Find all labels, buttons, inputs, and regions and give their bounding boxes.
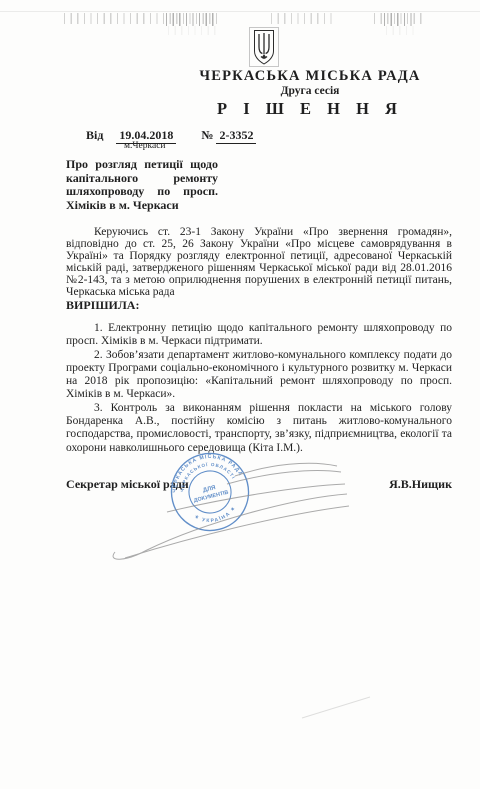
doc-type-title: Р І Ш Е Н Н Я (70, 99, 480, 119)
scanned-document-page: ЧЕРКАСЬКА МІСЬКА РАДА Друга сесія Р І Ш … (0, 0, 480, 789)
resolution-items: 1. Електронну петицію щодо капітального … (66, 322, 452, 455)
resolution-item-2: 2. Зобов’язати департамент житлово-комун… (66, 349, 452, 402)
session-title: Друга сесія (70, 85, 480, 97)
org-name: ЧЕРКАСЬКА МІСЬКА РАДА (70, 68, 480, 85)
subject-heading: Про розгляд петиції щодо капітального ре… (66, 158, 218, 212)
scan-artifact-ticks (168, 26, 216, 35)
date-label: Від (86, 128, 103, 142)
handwritten-signature (85, 450, 365, 570)
scan-artifact-ticks (271, 13, 337, 24)
resolution-item-1: 1. Електронну петицію щодо капітального … (66, 322, 452, 349)
city-label: м.Черкаси (124, 141, 166, 151)
scan-artifact-ticks (166, 13, 218, 26)
scan-smudge-line (300, 694, 372, 720)
tryzub-coat-of-arms-icon (249, 27, 279, 67)
scan-artifact-ticks (384, 13, 416, 26)
date-number-row: Від 19.04.2018 № 2-3352 (86, 128, 256, 143)
number-value: 2-3352 (216, 128, 256, 144)
scan-artifact-ticks (386, 26, 416, 35)
number-label: № (201, 128, 213, 142)
resolved-label: ВИРІШИЛА: (66, 299, 452, 312)
preamble-paragraph: Керуючись ст. 23-1 Закону України «Про з… (66, 226, 452, 299)
resolution-item-3: 3. Контроль за виконанням рішення поклас… (66, 402, 452, 455)
signatory-name: Я.В.Нищик (389, 477, 452, 492)
scan-edge-line (0, 11, 480, 12)
